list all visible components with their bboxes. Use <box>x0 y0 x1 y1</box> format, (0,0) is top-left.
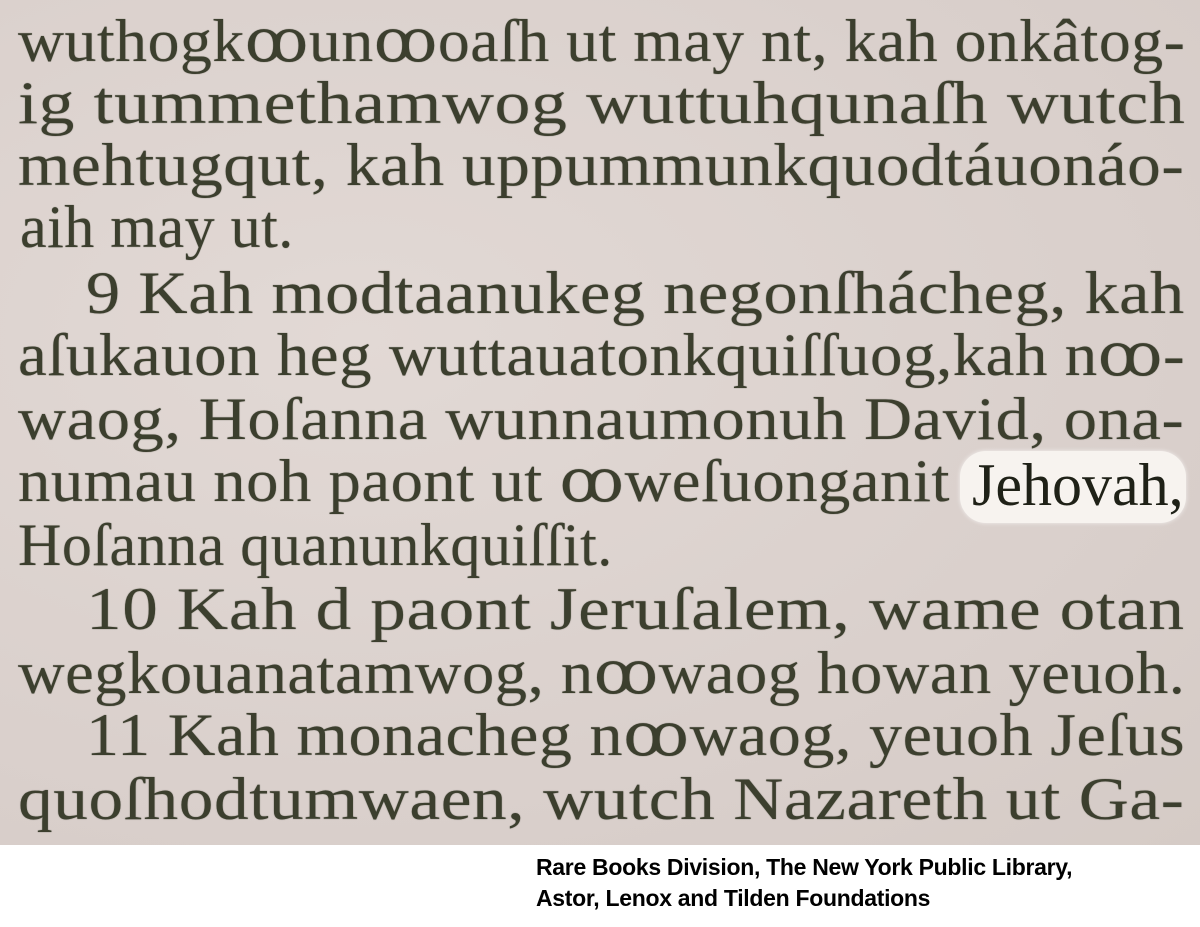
text-line-9: Hoſanna quanunkquiſſit. <box>18 514 613 576</box>
caption-line-2: Astor, Lenox and Tilden Foundations <box>536 883 1196 914</box>
text-line-5-verse-9: 9 Kah modtaanukeg negonſhácheg, kah <box>86 262 1185 324</box>
text-line-6: aſukauon heg wuttauatonkquiſſuog,kah nꝏ- <box>18 324 1185 386</box>
text-line-11: wegkouanatamwog, nꝏwaog howan yeuoh. <box>18 642 1185 704</box>
image-credit-caption: Rare Books Division, The New York Public… <box>536 852 1196 914</box>
text-line-1: wuthogkꝏunꝏoaſh ut may nt, kah onkâtog- <box>18 10 1185 72</box>
scanned-page: wuthogkꝏunꝏoaſh ut may nt, kah onkâtog- … <box>0 0 1200 845</box>
text-line-8: numau noh paont ut ꝏweſuonganit <box>18 450 950 512</box>
caption-line-1: Rare Books Division, The New York Public… <box>536 852 1196 883</box>
text-line-12-verse-11: 11 Kah monacheg nꝏwaog, yeuoh Jeſus <box>86 704 1185 766</box>
text-line-10-verse-10: 10 Kah d paont Jeruſalem, wame otan <box>86 578 1185 640</box>
text-line-2: ig tummethamwog wuttuhqunaſh wutch <box>18 72 1185 134</box>
text-line-4: aih may ut. <box>20 196 294 258</box>
text-line-3: mehtugqut, kah uppummunkquodtáuonáo- <box>18 134 1184 196</box>
text-line-13: quoſhodtumwaen, wutch Nazareth ut Ga- <box>18 768 1184 830</box>
text-line-7: waog, Hoſanna wunnaumonuh David, ona- <box>18 388 1184 450</box>
highlighted-word-jehovah: Jehovah, <box>972 454 1184 516</box>
